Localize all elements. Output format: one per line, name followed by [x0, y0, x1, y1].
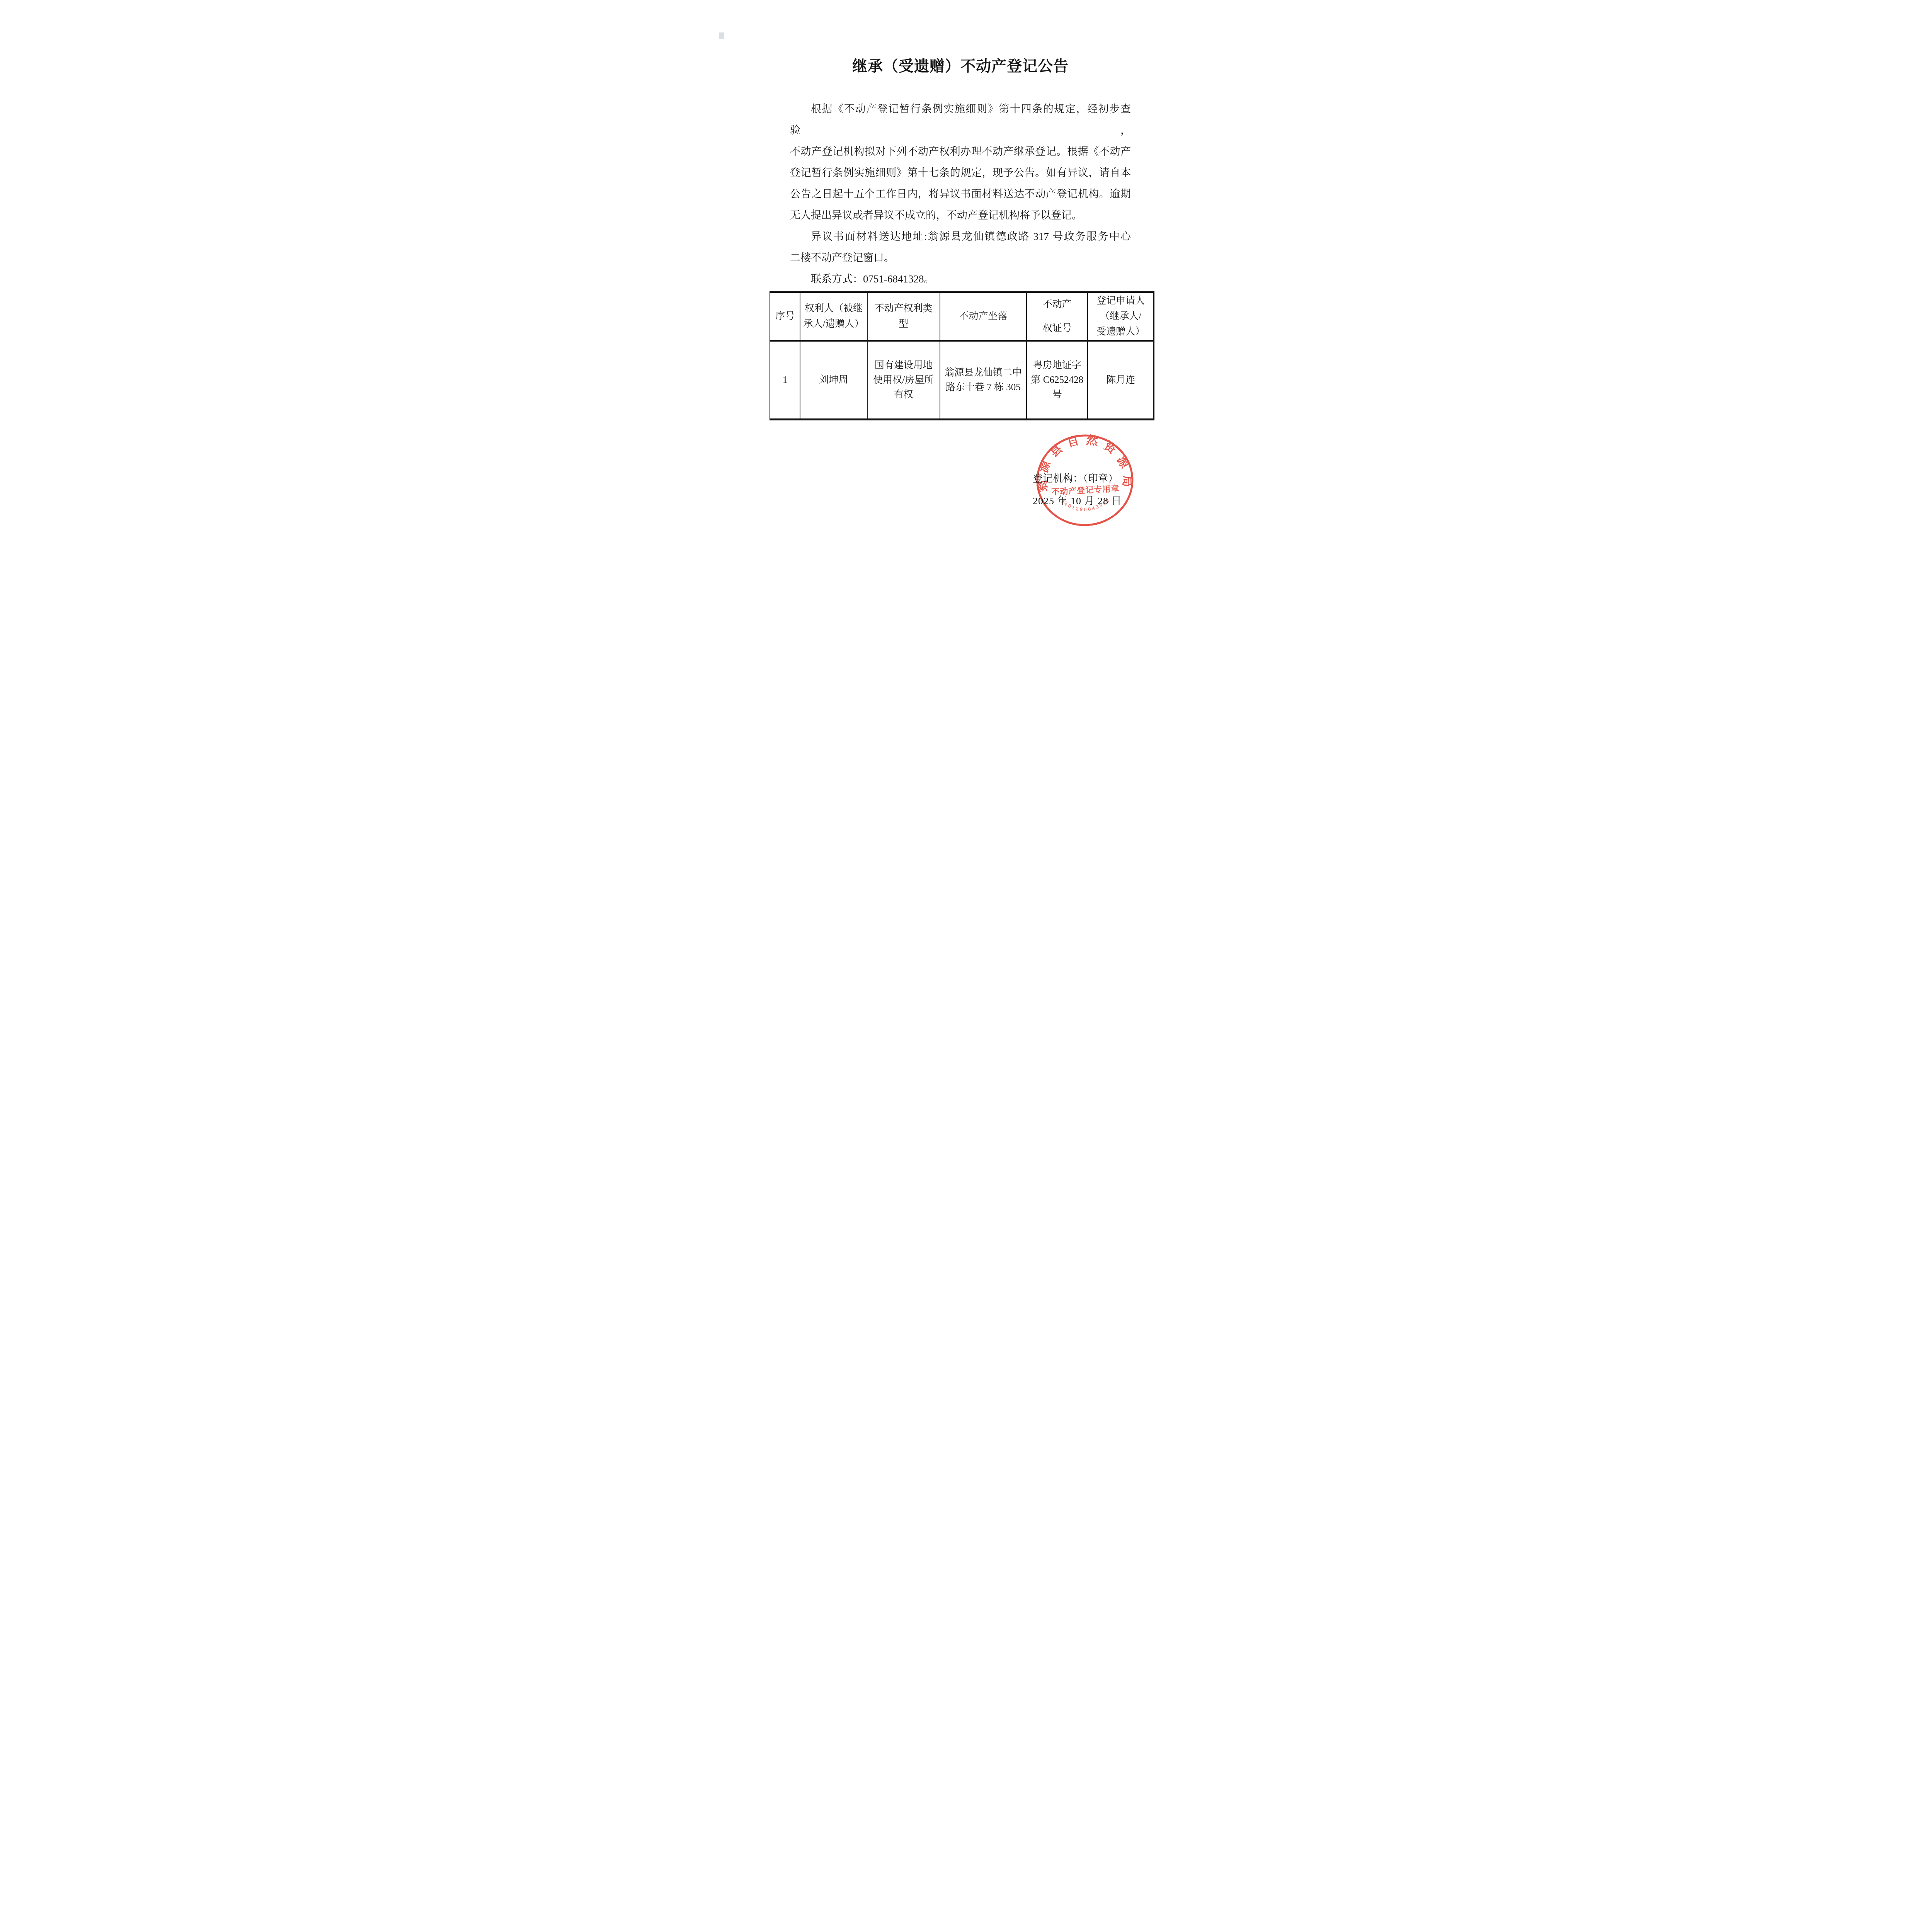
address-line-2: 二楼不动产登记窗口。 — [790, 247, 1131, 269]
row-applicant: 陈月连 — [1088, 342, 1153, 418]
row-seq: 1 — [770, 342, 800, 418]
scan-artifact — [719, 32, 724, 39]
document-page: 继承（受遗赠）不动产登记公告 根据《不动产登记暂行条例实施细则》第十四条的规定，… — [719, 0, 1198, 617]
registry-agency-line: 登记机构：（印章） — [1033, 471, 1118, 485]
address-line-1: 异议书面材料送达地址:翁源县龙仙镇德政路 317 号政务服务中心 — [790, 226, 1131, 247]
row-location: 翁源县龙仙镇二中 路东十巷 7 栋 305 — [940, 342, 1027, 418]
header-seq: 序号 — [770, 293, 800, 342]
body-line-2: 不动产登记机构拟对下列不动产权利办理不动产继承登记。根据《不动产 — [790, 141, 1131, 162]
registration-table: 序号 权利人（被继 承人/遗赠人） 不动产权利类 型 不动产坐落 不动产 权证号… — [770, 291, 1154, 420]
contact-line: 联系方式：0751-6841328。 — [790, 269, 1131, 290]
header-right-type: 不动产权利类 型 — [868, 293, 940, 342]
row-holder: 刘坤周 — [800, 342, 867, 418]
row-cert-no: 粤房地证字 第 C6252428 号 — [1027, 342, 1088, 418]
announcement-body: 根据《不动产登记暂行条例实施细则》第十四条的规定，经初步查验， 不动产登记机构拟… — [790, 99, 1131, 290]
announcement-date: 2025 年 10 月 28 日 — [1033, 493, 1122, 507]
page-title: 继承（受遗赠）不动产登记公告 — [790, 54, 1131, 76]
header-holder: 权利人（被继 承人/遗赠人） — [800, 293, 867, 342]
header-applicant: 登记申请人 （继承人/ 受遗赠人） — [1088, 293, 1153, 342]
body-line-3: 登记暂行条例实施细则》第十七条的规定，现予公告。如有异议，请自本 — [790, 162, 1131, 184]
body-line-1: 根据《不动产登记暂行条例实施细则》第十四条的规定，经初步查验， — [790, 99, 1131, 141]
header-cert-no: 不动产 权证号 — [1027, 293, 1088, 342]
body-line-4: 公告之日起十五个工作日内，将异议书面材料送达不动产登记机构。逾期 — [790, 184, 1131, 205]
body-line-5: 无人提出异议或者异议不成立的，不动产登记机构将予以登记。 — [790, 205, 1131, 226]
header-location: 不动产坐落 — [940, 293, 1027, 342]
row-right-type: 国有建设用地 使用权/房屋所 有权 — [868, 342, 940, 418]
